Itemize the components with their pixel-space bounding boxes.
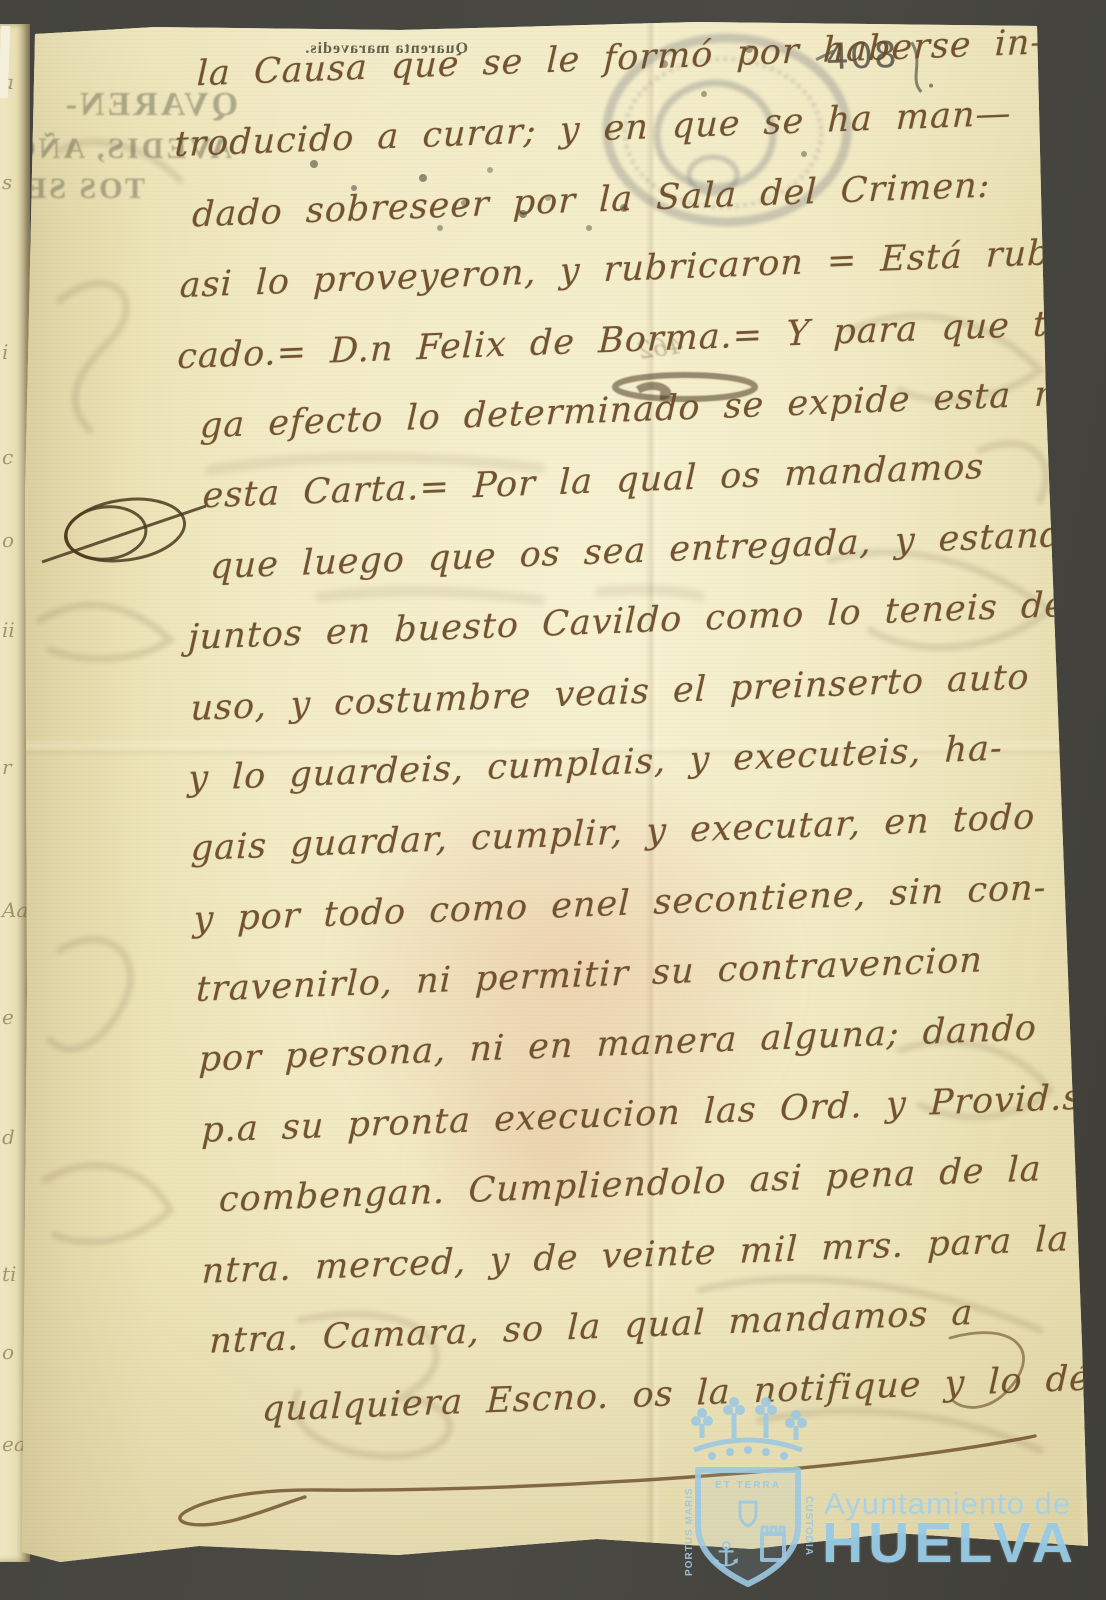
scanned-manuscript-page: a s i c o ii r Aa e d ti o ea	[0, 0, 1106, 1600]
ink-speckles	[0, 0, 4, 4]
anchor-icon: ⚓	[711, 1535, 741, 1575]
margin-fragment: Aa	[2, 898, 28, 922]
margin-fragment: o	[2, 1340, 14, 1364]
margin-fragment: r	[2, 755, 12, 779]
margin-fragment: s	[2, 170, 12, 194]
margin-fragment: c	[2, 445, 13, 469]
manuscript-paper: Quarenta maravedis. QVAREN- AVEDIS, AÑO …	[0, 0, 1106, 1600]
huelva-coat-of-arms: ET TERRA ⚓ PORTUS MARIS CUSTODIA	[688, 1398, 808, 1600]
margin-fragment: ti	[2, 1262, 16, 1286]
margin-fragment: d	[2, 1125, 15, 1149]
crest-text-top: ET TERRA	[715, 1480, 781, 1491]
margin-fragment: o	[2, 528, 14, 552]
crown-trefoils	[702, 1413, 796, 1440]
margin-fragment: i	[2, 340, 8, 364]
margin-fragment: ea	[2, 1432, 26, 1456]
watermark-city-text: HUELVA	[822, 1510, 1078, 1576]
end-flourish	[0, 0, 1106, 1600]
margin-fragment: ii	[2, 618, 15, 642]
margin-fragment: e	[2, 1005, 14, 1029]
crest-text-right: CUSTODIA	[803, 1496, 814, 1556]
crest-text-left: PORTUS MARIS	[684, 1487, 695, 1576]
